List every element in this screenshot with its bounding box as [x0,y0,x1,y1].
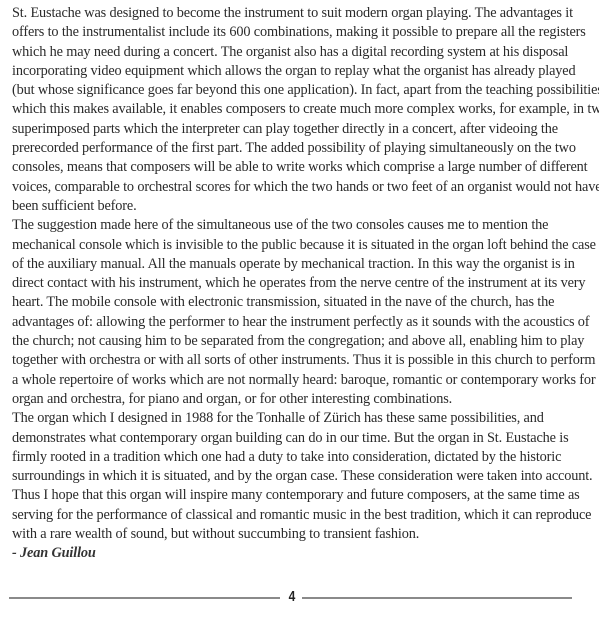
text-line: consoles, means that composers will be a… [12,158,592,177]
text-line: together with orchestra or with all sort… [12,351,592,370]
text-line: heart. The mobile console with electroni… [12,293,592,312]
text-line: serving for the performance of classical… [12,506,592,525]
text-line: The suggestion made here of the simultan… [12,216,592,235]
text-line: the church; not causing him to be separa… [12,332,592,351]
text-line: organ and orchestra, for piano and organ… [12,390,592,409]
text-line: with a rare wealth of sound, but without… [12,525,592,544]
text-line: which this makes available, it enables c… [12,100,592,119]
text-line: of the auxiliary manual. All the manuals… [12,255,592,274]
text-line: prerecorded performance of the first par… [12,139,592,158]
text-line: St. Eustache was designed to become the … [12,4,592,23]
paragraph-3: The organ which I designed in 1988 for t… [12,409,592,544]
text-line: which he may need during a concert. The … [12,43,592,62]
text-line: Thus I hope that this organ will inspire… [12,486,592,505]
text-line: mechanical console which is invisible to… [12,236,592,255]
text-line: demonstrates what contemporary organ bui… [12,429,592,448]
text-line: (but whose significance goes far beyond … [12,81,592,100]
text-line: voices, comparable to orchestral scores … [12,178,592,197]
text-line: been sufficient before. [12,197,592,216]
text-line: firmly rooted in a tradition which one h… [12,448,592,467]
page-footer: 4 [9,587,572,607]
text-line: advantages of: allowing the performer to… [12,313,592,332]
document-body: St. Eustache was designed to become the … [12,4,592,564]
paragraph-2: The suggestion made here of the simultan… [12,216,592,409]
text-line: superimposed parts which the interpreter… [12,120,592,139]
author-signature: - Jean Guillou [12,544,592,563]
footer-rule-left [9,597,280,599]
text-line: The organ which I designed in 1988 for t… [12,409,592,428]
text-line: surroundings in which it is situated, an… [12,467,592,486]
text-line: a whole repertoire of works which are no… [12,371,592,390]
footer-rule-right [302,597,572,599]
text-line: direct contact with his instrument, whic… [12,274,592,293]
paragraph-1: St. Eustache was designed to become the … [12,4,592,216]
text-line: offers to the instrumentalist include it… [12,23,592,42]
text-line: incorporating video equipment which allo… [12,62,592,81]
page-number: 4 [286,587,297,607]
